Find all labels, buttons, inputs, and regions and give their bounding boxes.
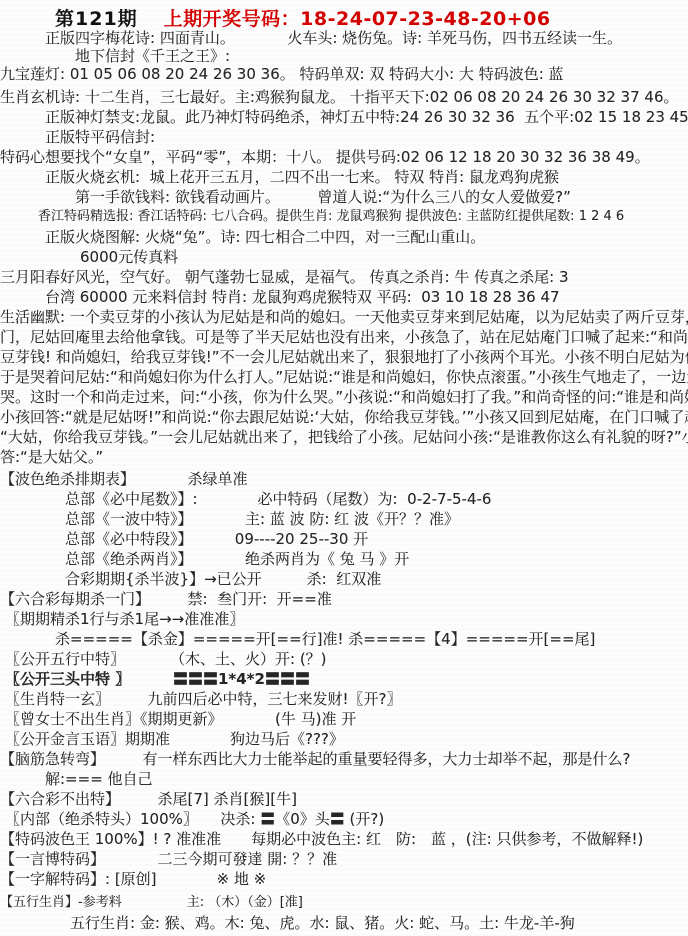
text-line: 【一字解特码】: [原创] ※ 地 ※ [0,869,688,889]
text-line: 答:“是大姑父。” [0,447,688,467]
text-line: 杀=====【杀金】=====开[==行]准! 杀=====【4】=====开[… [0,629,688,649]
text-line: 正版火烧图解: 火烧“兔”。诗: 四七相合二中四，对一三配山重山。 [0,227,688,247]
text-line: 总部《必中尾数》】: 必中特码（尾数）为: 0-2-7-5-4-6 [0,489,688,509]
text-line: 小孩回答:“就是尼姑呀!”和尚说:“你去跟尼姑说:‘大姑，你给我豆芽钱。’”小孩… [0,407,688,427]
text-line: 正版神灯禁支:龙鼠。此乃神灯特码绝杀，神灯五中特:24 26 30 32 36 … [0,107,688,127]
text-line: 正版四字梅花诗: 四面青山。 火车头: 烧伤兔。诗: 羊死马伤，四书五经读一生。 [0,29,688,47]
text-line: 〖公开三头中特 〗 〓〓〓1*4*2〓〓〓 [0,669,688,689]
sheet-body: 正版四字梅花诗: 四面青山。 火车头: 烧伤兔。诗: 羊死马伤，四书五经读一生。… [0,28,688,933]
text-line: 【六合彩每期杀一门】 禁: 叁门开: 开==准 [0,589,688,609]
issue-number: 第121期 [55,8,138,30]
text-line: 【五行生肖】-参考料 主: （木）（金）[准] [0,893,688,913]
text-line: “大姑，你给我豆芽钱。”一会儿尼姑就出来了，把钱给了小孩。尼姑问小孩:“是谁教你… [0,427,688,447]
text-line: 总部《必中特段》】 09----20 25--30 开 [0,529,688,549]
text-line: 台湾 60000 元来料信封 特肖: 龙鼠狗鸡虎猴特双 平码: 03 10 18… [0,287,688,307]
text-line: 〖内部（绝杀特头）100%〗 决杀: 〓《0》头〓 (开?) [0,809,688,829]
text-line: 合彩期期{杀半波}】→已公开 杀: 红双准 [0,569,688,589]
text-line: 【一言博特码】 二三今期可發達 開: ？？准 [0,849,688,869]
text-line: 地下信封《千王之王》: [0,47,688,65]
text-line: 生活幽默: 一个卖豆芽的小孩认为尼姑是和尚的媳妇。一天他卖豆芽来到尼姑庵，以为尼… [0,307,688,327]
text-line: 总部《一波中特》】 主: 蓝 波 防: 红 波《开？？准》 [0,509,688,529]
text-line: 第一手欲钱料: 欲钱看动画片。 曾道人说:“为什么三八的女人爱做爱?” [0,187,688,207]
text-line: 九宝莲灯: 01 05 06 08 20 24 26 30 36。 特码单双: … [0,65,688,83]
text-line: 【特码波色王 100%】! ? 准准准 每期必中波色主: 红 防: 蓝 ，(注:… [0,829,688,849]
text-line: 〖曾女士不出生肖〗《期期更新》 (牛 马)准 开 [0,709,688,729]
text-line: 〖生肖特一玄〗 九前四后必中特，三七来发财!〖开?〗 [0,689,688,709]
text-line: 〖公开五行中特〗 （木、土、火）开: (？) [0,649,688,669]
text-line: 〖期期精杀1行与杀1尾→→准准准〗 [0,609,688,629]
text-line: 6000元传真料 [0,247,688,267]
text-line: 正版特平码信封: [0,127,688,147]
lottery-tip-sheet: 第121期上期开奖号码：18-24-07-23-48-20+06 正版四字梅花诗… [0,0,688,936]
text-line: 【脑筋急转弯】 有一样东西比大力士能举起的重量要轻得多，大力士却举不起，那是什么… [0,749,688,769]
sheet-header: 第121期上期开奖号码：18-24-07-23-48-20+06 [0,0,688,28]
text-line: 哭。这时一个和尚走过来，问:“小孩，你为什么哭。”小孩说:“和尚媳妇打了我。”和… [0,387,688,407]
text-line: 三月阳春好风光，空气好。 朝气蓬勃七显威，是福气。 传真之杀肖: 牛 传真之杀尾… [0,267,688,287]
text-line: 五行生肖: 金: 猴、鸡。木: 兔、虎。水: 鼠、猪。火: 蛇、马。土: 牛龙-… [0,913,688,933]
text-line: 【波色绝杀排期表】 杀绿单准 [0,469,688,489]
text-line: 总部《绝杀两肖》】 绝杀两肖为《 兔 马 》开 [0,549,688,569]
text-line: 〖公开金言玉语〗期期准 狗边马后《???》 [0,729,688,749]
text-line: 解:=== 他自己 [0,769,688,789]
text-line: 生肖玄机诗: 十二生肖，三七最好。主:鸡猴狗鼠龙。 十指平天下:02 06 08… [0,87,688,107]
fax-sheet: { "header": { "issue": "第121期", "last_dr… [0,0,688,936]
text-line: 【六合彩不出特】 杀尾[7] 杀肖[猴][牛] [0,789,688,809]
text-line: 豆芽钱! 和尚媳妇，给我豆芽钱!”不一会儿尼姑就出来了，狠狠地打了小孩两个耳光。… [0,347,688,367]
text-line: 香江特码精选报: 香江话特码: 七八合码。提供生肖: 龙鼠鸡猴狗 提供波色: 主… [0,207,688,227]
last-draw-numbers: 上期开奖号码：18-24-07-23-48-20+06 [164,8,551,30]
text-line: 正版火烧玄机: 城上花开三五月，二四不出一七来。 特双 特肖: 鼠龙鸡狗虎猴 [0,167,688,187]
text-line: 特码心想要找个“女皇”，平码“零”，本期：十八。 提供号码:02 06 12 1… [0,147,688,167]
text-line: 门，尼姑回庵里去给他拿钱。可是等了半天尼姑也没有出来，小孩急了，站在尼姑庵门口喊… [0,327,688,347]
text-line: 于是哭着问尼姑:“和尚媳妇你为什么打人。”尼姑说:“谁是和尚媳妇，你快点滚蛋。”… [0,367,688,387]
